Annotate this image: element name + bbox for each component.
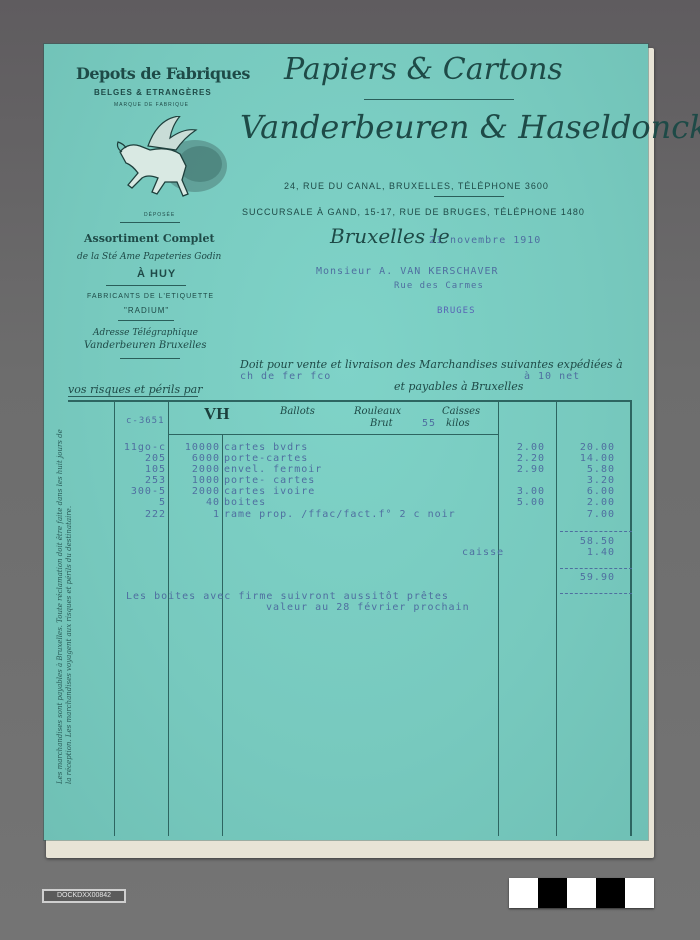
item-desc: rame prop. /ffac/fact.f° 2 c noir <box>224 509 456 520</box>
packing-label: caisse <box>462 547 504 558</box>
item-total: 7.00 <box>559 509 615 520</box>
telegraph-address: Vanderbeuren Bruxelles <box>84 340 206 351</box>
item-qty: 2000 <box>168 464 220 475</box>
item-qty: 6000 <box>168 453 220 464</box>
scale-swatch <box>538 878 567 908</box>
item-qty: 10000 <box>168 442 220 453</box>
note-line-2: valeur au 28 février prochain <box>266 602 470 613</box>
item-ref: 11go-c <box>114 442 166 453</box>
invoice-date: 21 novembre 1910 <box>429 235 541 246</box>
ornament-rule <box>364 99 514 100</box>
item-total: 14.00 <box>559 453 615 464</box>
divider <box>106 285 186 286</box>
header-count: 55 <box>422 418 436 429</box>
divider <box>120 222 180 223</box>
item-price: 2.00 <box>499 442 545 453</box>
item-qty: 40 <box>168 497 220 508</box>
assortment-heading: Assortiment Complet <box>84 232 215 245</box>
item-price: 2.90 <box>499 464 545 475</box>
scale-swatch <box>567 878 596 908</box>
telegraph-label: Adresse Télégraphique <box>93 328 198 338</box>
divider <box>68 396 198 397</box>
total-rule <box>560 568 632 569</box>
side-conditions-note: Les marchandises sont payables à Bruxell… <box>56 424 74 784</box>
logo-deposee: Déposée <box>144 212 175 218</box>
item-desc: cartes ivoire <box>224 486 315 497</box>
total-rule <box>560 593 632 594</box>
header-brut: Brut <box>370 418 393 429</box>
item-desc: porte- cartes <box>224 475 315 486</box>
recipient-town: BRUGES <box>437 306 476 316</box>
item-desc: boites <box>224 497 266 508</box>
table-top-border <box>68 400 632 402</box>
color-scale-bar <box>509 878 654 908</box>
header-caisses: Caisses <box>442 406 480 417</box>
item-qty: 1000 <box>168 475 220 486</box>
terms-doit: Doit pour vente et livraison des Marchan… <box>240 358 623 371</box>
item-qty: 2000 <box>168 486 220 497</box>
shipping-mark: VH <box>204 404 230 424</box>
item-total: 2.00 <box>559 497 615 508</box>
main-address: 24, Rue du Canal, BRUXELLES, Téléphone 3… <box>284 181 549 191</box>
packing-value: 1.40 <box>559 547 615 558</box>
order-reference: c-3651 <box>126 416 165 426</box>
header-kilos: kilos <box>446 418 470 429</box>
firm-name: Vanderbeuren & Haseldonckx <box>240 108 700 146</box>
terms-payable: et payables à Bruxelles <box>394 380 523 393</box>
item-qty: 1 <box>168 509 220 520</box>
note-line-1: Les boites avec firme suivront aussitôt … <box>126 591 449 602</box>
supplier-line: de la Sté Ame Papeteries Godin <box>77 252 221 262</box>
table-col-border <box>222 434 223 836</box>
item-desc: cartes bvdrs <box>224 442 308 453</box>
item-ref: 105 <box>114 464 166 475</box>
branch-address: Succursale à GAND, 15-17, Rue de Bruges,… <box>242 207 585 217</box>
item-price: 3.00 <box>499 486 545 497</box>
payment-terms: à 10 net <box>524 371 580 382</box>
recipient-name: Monsieur A. VAN KERSCHAVER <box>316 266 499 277</box>
item-ref: 253 <box>114 475 166 486</box>
fabricants-line: Fabricants de l'Etiquette <box>87 293 214 300</box>
item-ref: 222 <box>114 509 166 520</box>
table-right-border <box>630 402 632 836</box>
item-total: 5.80 <box>559 464 615 475</box>
subtotal-value: 58.50 <box>559 536 615 547</box>
item-price: 2.20 <box>499 453 545 464</box>
item-desc: porte-cartes <box>224 453 308 464</box>
logo-trademark: Marque de Fabrique <box>114 102 189 108</box>
item-ref: 205 <box>114 453 166 464</box>
trade-title: Papiers & Cartons <box>284 52 563 87</box>
header-rouleaux: Rouleaux <box>354 406 401 417</box>
divider <box>118 320 174 321</box>
item-ref: 5 <box>114 497 166 508</box>
scale-swatch <box>625 878 654 908</box>
logo-subtitle: Belges & Etrangères <box>94 88 212 97</box>
terms-risques: vos risques et périls par <box>68 383 202 396</box>
subtotal-rule <box>560 531 632 532</box>
item-price: 5.00 <box>499 497 545 508</box>
item-total: 6.00 <box>559 486 615 497</box>
item-ref: 300-5 <box>114 486 166 497</box>
archive-id-label: DOCKDXX00842 <box>42 889 126 903</box>
logo-title: Depots de Fabriques <box>76 64 250 83</box>
scale-swatch <box>596 878 625 908</box>
supplier-city: à HUY <box>137 268 176 280</box>
divider <box>434 196 504 197</box>
item-desc: envel. fermoir <box>224 464 322 475</box>
divider <box>120 358 180 359</box>
item-total: 20.00 <box>559 442 615 453</box>
grand-total: 59.90 <box>559 572 615 583</box>
scale-swatch <box>509 878 538 908</box>
pegasus-icon <box>100 116 230 206</box>
invoice-sheet: Depots de Fabriques Belges & Etrangères … <box>44 44 648 840</box>
shipping-method: ch de fer fco <box>240 371 331 382</box>
header-ballots: Ballots <box>280 406 315 417</box>
recipient-street: Rue des Carmes <box>394 281 484 291</box>
radium-brand: "RADIUM" <box>124 306 169 315</box>
item-total: 3.20 <box>559 475 615 486</box>
table-col-border <box>556 402 557 836</box>
table-header-border <box>168 434 498 435</box>
